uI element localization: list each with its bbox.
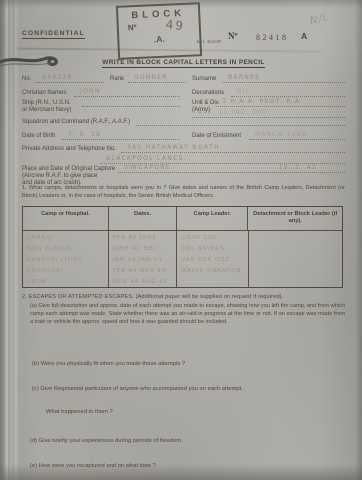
field-enlistment-value: MARCH 1940 [255,131,307,138]
leader-entry: MAJOR SWANTON [181,266,243,277]
field-enlistment-line: MARCH 1940 [249,130,345,140]
confidential-marking: CONFIDENTIAL [22,30,85,39]
field-unit-value: 3 H.A.A. REGT. R.A. [222,98,303,105]
field-surname-line: BARNES [222,73,345,83]
leader-entry: VAN DER DIJZ [181,255,243,266]
camp-table-header-camp: Camp or Hospital. [23,207,109,230]
field-dob-label: Date of Birth [22,133,55,140]
field-address-label: Private Address and Telephone No. [22,146,116,153]
field-christian-names-line: JOHN [74,87,180,97]
field-address-line1: 380 HATHAWAY NORTH [121,143,345,153]
photo-top-shadow [0,0,362,8]
stamp-handwritten-number: 49 [165,17,186,33]
field-no-label: No. [22,76,31,83]
field-christian-names-label: Christian Names [22,90,66,97]
question-2d-text: (d) Give briefly your experiences during… [30,437,345,445]
camp-table-header-leader: Camp Leader. [177,207,248,230]
field-dob-line: 7. 9. 18 [62,130,180,140]
field-unit-line: 3 H.A.A. REGT. R.A. [216,97,345,107]
field-surname-label: Surname [192,76,216,83]
scanned-pow-questionnaire-page: CONFIDENTIAL BLOCK Nº 49 .A. M.I. 9/JAP.… [0,0,362,480]
field-address-value2: BLACKPOOL LANCS. [106,155,187,162]
field-enlistment-label: Date of Enlistment [192,133,241,140]
field-unit-value2: ATT. 11 IND. DIV. [198,109,270,116]
field-decorations-value: NIL [237,88,251,95]
block-number-stamp: BLOCK Nº 49 .A. [116,2,202,60]
field-ship-label-line1: Ship (R.N., U.S.N. [22,100,71,107]
camp-entry: UBON [27,277,104,288]
field-decorations-line: NIL [231,87,345,97]
field-rank-label: Rank [110,76,124,83]
leader-column: LIEUT COL COL SAYERS VAN DER DIJZ MAJOR … [177,231,248,287]
dates-column: FEB 42 JUNE JUNE 42 DEC JAN 43 JAN 44 FE… [109,231,178,287]
dates-entry: NOV 44 AUG 45 [113,277,173,288]
binding-string [0,44,72,76]
camp-entry: NON PLADUK [27,244,104,255]
question-2c-text: (c) Give Regimental particulars of anyon… [32,385,345,393]
field-capture-label-line2: (Aircrew R.A.F. to give place [22,173,97,180]
detachment-column [249,231,342,287]
field-surname-value: BARNES [228,74,260,81]
question-2c-followup-text: What happened to them ? [46,408,345,416]
dates-entry: JAN 43 JAN 44 [113,255,173,266]
camp-table: Camp or Hospital. Dates. Camp Leader. De… [22,206,343,288]
camp-table-header-row: Camp or Hospital. Dates. Camp Leader. De… [23,207,342,231]
camp-table-header-dates: Dates. [109,207,177,230]
stamp-no-row: Nº 49 [128,20,199,32]
camp-entry: CHANGI [27,233,104,244]
serial-no-label: Nº [228,31,237,41]
field-address-value1: 380 HATHAWAY NORTH [127,144,220,151]
stamp-block-word: BLOCK [118,7,198,21]
camp-column: CHANGI NON PLADUK KANBURI (THAI) CHUNGKA… [23,231,109,287]
form-reference-code: M.I. 9/JAP. [197,39,222,44]
field-dob-value: 7. 9. 18 [68,131,101,138]
field-rank-line: GUNNER [128,73,186,83]
page-right-edge [348,0,362,480]
field-capture-date-value: 15. 2. 42 [279,164,317,171]
field-capture-label-line1: Place and Date of Original Capture [22,166,115,173]
camp-table-header-detachment: Detachment or Block Leader (if any). [248,207,342,230]
camp-entry: KANBURI (THAI) [27,255,104,266]
field-capture-line: SINGAPORE 15. 2. 42 [118,163,345,173]
pencil-nil-note: N/L [309,12,330,27]
stamp-no-label: Nº [128,23,137,32]
leader-entry: COL SAYERS [181,244,243,255]
camp-table-body: CHANGI NON PLADUK KANBURI (THAI) CHUNGKA… [23,231,342,287]
camp-entry: CHUNGKAI [27,266,104,277]
question-1-text: 1. What camps, detachments or hospitals … [22,185,345,201]
field-ship-line [82,97,180,107]
question-2b-text: (b) Were you physically fit when you mad… [32,360,345,368]
field-decorations-label: Decorations [192,90,224,97]
field-squadron-line [136,116,345,126]
section-2-heading: 2. ESCAPES OR ATTEMPTED ESCAPES. (Additi… [22,294,345,302]
field-capture-place-value: SINGAPORE [124,164,171,171]
dates-entry: FEB 42 JUNE [113,233,173,244]
dates-entry: JUNE 42 DEC [113,244,173,255]
field-squadron-label: Squadron and Command (R.A.F., A.A.F.) [22,119,130,126]
field-rank-value: GUNNER [134,74,168,81]
photo-bottom-shadow [0,464,362,480]
field-christian-names-value: JOHN [80,88,101,95]
leader-entry: LIEUT COL [181,233,243,244]
serial-number: 82418 [256,33,289,42]
question-2a-text: (a) Give full description and approx. da… [30,303,345,327]
field-ship-label-line2: or Merchant Navy) [22,107,71,114]
serial-series-letter: A [301,31,307,41]
stamp-suffix: .A. [119,32,199,45]
dates-entry: FEB 44 NOV 44 [113,266,173,277]
